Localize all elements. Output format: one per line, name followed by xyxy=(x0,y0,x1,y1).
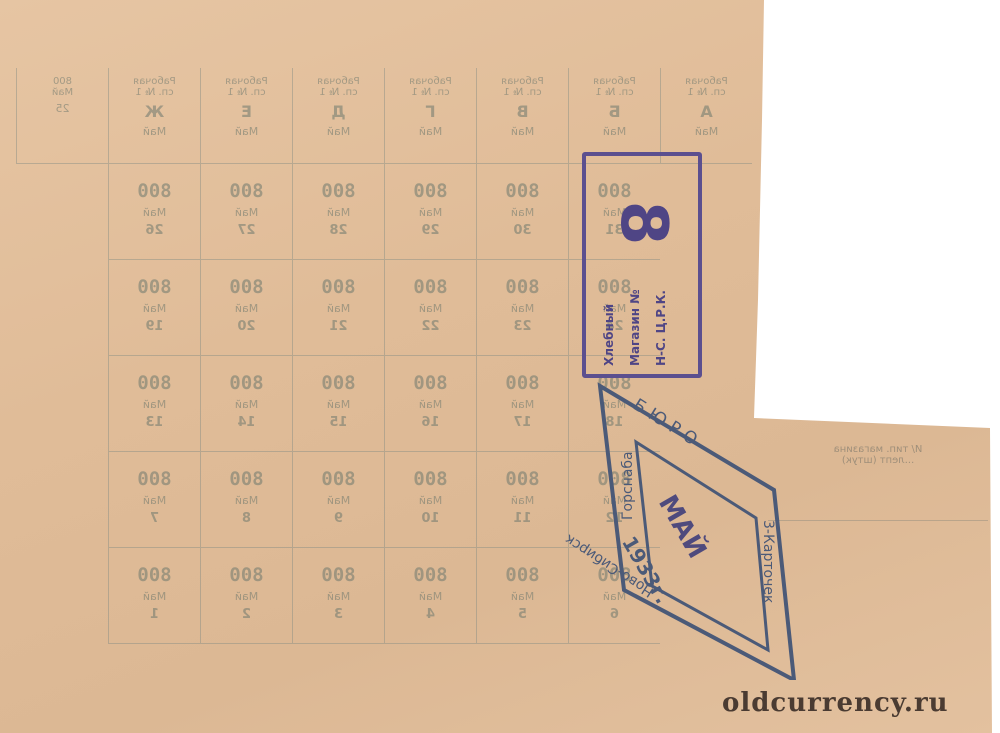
header-coupon: Рабочаясп. № 1ЕМай xyxy=(200,68,292,164)
header-sub: сп. № 1 xyxy=(201,87,292,98)
coupon-number: 1 xyxy=(109,607,200,622)
header-label: Рабочая xyxy=(477,76,568,87)
header-month: Май xyxy=(293,125,384,138)
coupon: 800Май4 xyxy=(384,548,476,644)
coupon: 800Май7 xyxy=(108,452,200,548)
coupon-number: 21 xyxy=(293,319,384,334)
shop-stamp-line2: Магазин № xyxy=(628,289,642,366)
header-letter: Б xyxy=(569,102,660,121)
coupon-month: Май xyxy=(109,590,200,603)
header-letter: Е xyxy=(201,102,292,121)
coupon-amount: 800 xyxy=(293,468,384,490)
coupon-amount: 800 xyxy=(201,276,292,298)
coupon: 800Май23 xyxy=(476,260,568,356)
coupon-number: 20 xyxy=(201,319,292,334)
coupon-amount: 800 xyxy=(201,468,292,490)
coupon-number: 7 xyxy=(109,511,200,526)
coupon-amount: 800 xyxy=(293,372,384,394)
header-month: 25 xyxy=(17,102,108,115)
coupon-month: Май xyxy=(477,494,568,507)
coupon-month: Май xyxy=(109,398,200,411)
header-month: Май xyxy=(201,125,292,138)
header-coupon: Рабочаясп. № 1ВМай xyxy=(476,68,568,164)
coupon: 800Май8 xyxy=(200,452,292,548)
coupon-amount: 800 xyxy=(201,564,292,586)
coupon-number: 19 xyxy=(109,319,200,334)
coupon: 800Май10 xyxy=(384,452,476,548)
coupon: 800Май9 xyxy=(292,452,384,548)
coupon-month: Май xyxy=(293,494,384,507)
header-sub: Май xyxy=(17,87,108,98)
shop-number: 8 xyxy=(606,178,680,268)
header-letter: Д xyxy=(293,102,384,121)
coupon: 800Май1 xyxy=(108,548,200,644)
header-coupon: Рабочаясп. № 1ЖМай xyxy=(108,68,200,164)
coupon-month: Май xyxy=(385,302,476,315)
coupon-amount: 800 xyxy=(385,564,476,586)
coupon: 800Май14 xyxy=(200,356,292,452)
header-letter: Ж xyxy=(109,102,200,121)
coupon: 800Май13 xyxy=(108,356,200,452)
header-label: Рабочая xyxy=(293,76,384,87)
shop-stamp-line3: Н-С. Ц.Р.К. xyxy=(654,290,668,366)
coupon-number: 17 xyxy=(477,415,568,430)
coupon-month: Май xyxy=(477,590,568,603)
coupon: 800Май15 xyxy=(292,356,384,452)
coupon-number: 5 xyxy=(477,607,568,622)
coupon-month: Май xyxy=(293,206,384,219)
coupon: 800Май16 xyxy=(384,356,476,452)
coupon-amount: 800 xyxy=(385,468,476,490)
coupon-amount: 800 xyxy=(385,372,476,394)
coupon-amount: 800 xyxy=(477,564,568,586)
header-coupon: Рабочаясп. № 1ДМай xyxy=(292,68,384,164)
coupon-month: Май xyxy=(201,206,292,219)
coupon-month: Май xyxy=(385,590,476,603)
coupon-number: 22 xyxy=(385,319,476,334)
header-letter: Г xyxy=(385,102,476,121)
coupon-month: Май xyxy=(201,398,292,411)
header-sub: сп. № 1 xyxy=(293,87,384,98)
header-label: Рабочая xyxy=(201,76,292,87)
coupon: 800Май3 xyxy=(292,548,384,644)
coupon-month: Май xyxy=(477,206,568,219)
coupon-month: Май xyxy=(201,494,292,507)
header-coupon: 800Май25 xyxy=(16,68,108,164)
header-sub: сп. № 1 xyxy=(569,87,660,98)
coupon-amount: 800 xyxy=(385,276,476,298)
header-month: Май xyxy=(385,125,476,138)
header-sub: сп. № 1 xyxy=(477,87,568,98)
coupon-amount: 800 xyxy=(293,276,384,298)
coupon-month: Май xyxy=(201,302,292,315)
coupon-number: 8 xyxy=(201,511,292,526)
coupon-number: 14 xyxy=(201,415,292,430)
coupon-amount: 800 xyxy=(109,564,200,586)
coupon-amount: 800 xyxy=(109,468,200,490)
shop-info-panel: И/ тип. магазина ...лепт (штук) xyxy=(768,430,988,521)
coupon-number: 30 xyxy=(477,223,568,238)
coupon-number: 27 xyxy=(201,223,292,238)
coupon: 800Май26 xyxy=(108,164,200,260)
coupon-number: 28 xyxy=(293,223,384,238)
header-month: Май xyxy=(109,125,200,138)
header-coupon: Рабочаясп. № 1БМай xyxy=(568,68,660,164)
header-month: Май xyxy=(477,125,568,138)
coupon: 800Май2 xyxy=(200,548,292,644)
header-month: Май xyxy=(661,125,752,138)
coupon-month: Май xyxy=(109,302,200,315)
coupon-amount: 800 xyxy=(109,180,200,202)
header-label: Рабочая xyxy=(385,76,476,87)
header-coupon: Рабочаясп. № 1АМай xyxy=(660,68,752,164)
bureau-right: 3-Карточек xyxy=(760,520,776,603)
coupon: 800Май22 xyxy=(384,260,476,356)
coupon: 800Май21 xyxy=(292,260,384,356)
coupon-number: 2 xyxy=(201,607,292,622)
coupon: 800Май5 xyxy=(476,548,568,644)
coupon-amount: 800 xyxy=(477,180,568,202)
coupon-month: Май xyxy=(385,206,476,219)
coupon-amount: 800 xyxy=(385,180,476,202)
coupon: 800Май27 xyxy=(200,164,292,260)
coupon-number: 29 xyxy=(385,223,476,238)
coupon: 800Май19 xyxy=(108,260,200,356)
header-letter: А xyxy=(661,102,752,121)
coupon: 800Май30 xyxy=(476,164,568,260)
coupon-number: 26 xyxy=(109,223,200,238)
coupon: 800Май29 xyxy=(384,164,476,260)
coupon: 800Май20 xyxy=(200,260,292,356)
coupon-month: Май xyxy=(385,494,476,507)
coupon-number: 11 xyxy=(477,511,568,526)
shop-stamp: 8 Хлебный Магазин № Н-С. Ц.Р.К. xyxy=(582,152,702,378)
coupon-number: 13 xyxy=(109,415,200,430)
coupon-amount: 800 xyxy=(293,180,384,202)
coupon: 800Май11 xyxy=(476,452,568,548)
coupon-month: Май xyxy=(293,398,384,411)
coupon-amount: 800 xyxy=(293,564,384,586)
coupon-number: 4 xyxy=(385,607,476,622)
header-label: Рабочая xyxy=(569,76,660,87)
coupon-month: Май xyxy=(477,398,568,411)
coupon-number: 15 xyxy=(293,415,384,430)
coupon-amount: 800 xyxy=(109,276,200,298)
header-letter: В xyxy=(477,102,568,121)
coupon-month: Май xyxy=(109,206,200,219)
shop-stamp-line1: Хлебный xyxy=(602,304,616,366)
coupon: 800Май17 xyxy=(476,356,568,452)
bureau-left: Горснаба xyxy=(620,451,636,520)
coupon-amount: 800 xyxy=(109,372,200,394)
coupon-month: Май xyxy=(293,590,384,603)
header-label: Рабочая xyxy=(661,76,752,87)
header-sub: сп. № 1 xyxy=(385,87,476,98)
coupon-month: Май xyxy=(293,302,384,315)
watermark: oldcurrency.ru xyxy=(722,688,949,718)
coupon-month: Май xyxy=(109,494,200,507)
header-sub: сп. № 1 xyxy=(661,87,752,98)
coupon-number: 16 xyxy=(385,415,476,430)
coupon-number: 10 xyxy=(385,511,476,526)
coupon-month: Май xyxy=(385,398,476,411)
coupon-number: 9 xyxy=(293,511,384,526)
header-month: Май xyxy=(569,125,660,138)
header-sub: сп. № 1 xyxy=(109,87,200,98)
coupon-amount: 800 xyxy=(201,180,292,202)
coupon-month: Май xyxy=(201,590,292,603)
coupon-amount: 800 xyxy=(477,276,568,298)
panel-line-2: ...лепт (штук) xyxy=(768,455,988,466)
coupon-amount: 800 xyxy=(477,372,568,394)
header-coupon: Рабочаясп. № 1ГМай xyxy=(384,68,476,164)
coupon-amount: 800 xyxy=(477,468,568,490)
header-label: Рабочая xyxy=(109,76,200,87)
coupon: 800Май28 xyxy=(292,164,384,260)
coupon-amount: 800 xyxy=(201,372,292,394)
coupon-month: Май xyxy=(477,302,568,315)
coupon-number: 3 xyxy=(293,607,384,622)
coupon-number: 23 xyxy=(477,319,568,334)
panel-line-1: И/ тип. магазина xyxy=(768,444,988,455)
header-label: 800 xyxy=(17,76,108,87)
